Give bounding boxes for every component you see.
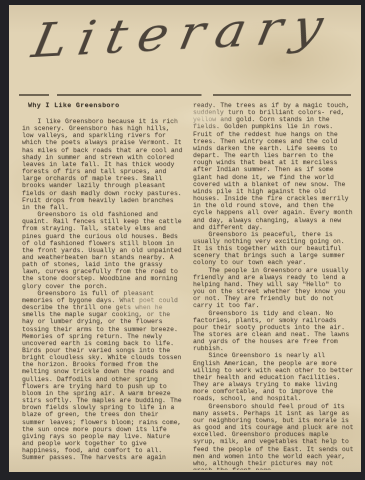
article-paragraph: Greensboro is full of pleasant memories …	[22, 290, 183, 462]
scan-border-frame: Literary Why I Like Greensboro I like Gr…	[0, 0, 365, 480]
article-paragraph: Greensboro is peaceful, there is usually…	[193, 231, 354, 267]
left-column: Why I Like Greensboro I like Greensboro …	[22, 102, 183, 470]
article-paragraph: I like Greensboro because it is rich in …	[22, 118, 183, 211]
article-title: Why I Like Greensboro	[28, 102, 183, 110]
article-paragraph: The people in Greensboro are usually fri…	[193, 267, 354, 310]
handwritten-section-title: Literary	[9, 5, 361, 87]
article-paragraph: Greensboro should feel proud of its many…	[193, 403, 354, 470]
article-paragraph: Greensboro is tidy and clean. No factori…	[193, 310, 354, 353]
divider-line	[19, 94, 351, 96]
right-column: ready. The trees as if by a magic touch,…	[193, 102, 354, 470]
scanned-page: Literary Why I Like Greensboro I like Gr…	[9, 5, 361, 472]
article-paragraph: Since Greensboro is nearly all English A…	[193, 352, 354, 402]
article-paragraph: Greensboro is old fashioned and quaint. …	[22, 211, 183, 290]
article-paragraph: ready. The trees as if by a magic touch,…	[193, 102, 354, 231]
article-columns: Why I Like Greensboro I like Greensboro …	[22, 102, 354, 470]
